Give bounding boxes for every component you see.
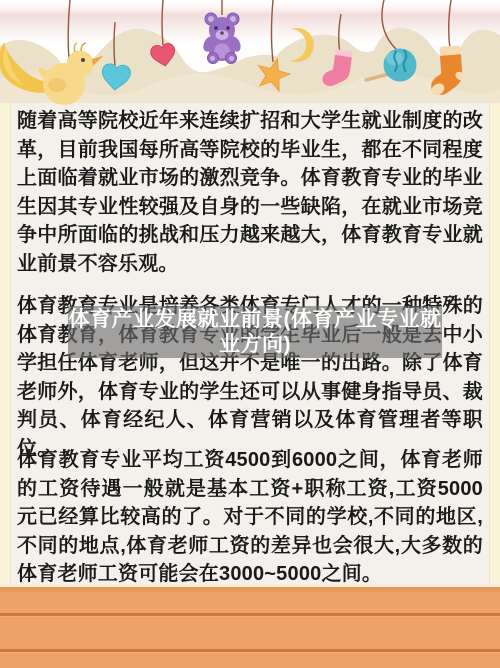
article-paragraph-3: 体育教育专业平均工资4500到6000之间，体育老师的工资待遇一般就是基本工资+… xyxy=(17,446,483,589)
side-strip-right xyxy=(489,103,500,584)
wooden-floor xyxy=(0,584,500,668)
floor-top-shade xyxy=(0,587,500,592)
floor-plank-line xyxy=(0,649,500,652)
article-page: 随着高等院校近年来连续扩招和大学生就业制度的改革，目前我国每所高等院校的毕业生，… xyxy=(0,0,500,668)
article-paragraph-1: 随着高等院校近年来连续扩招和大学生就业制度的改革，目前我国每所高等院校的毕业生，… xyxy=(17,107,483,279)
side-strip-left xyxy=(0,103,11,584)
floor-plank-line xyxy=(0,613,500,616)
title-overlay: 体育产业发展就业前景(体育产业专业就业方向) xyxy=(68,306,442,358)
cloud-mounds xyxy=(0,0,500,112)
page-title: 体育产业发展就业前景(体育产业专业就业方向) xyxy=(68,307,442,357)
